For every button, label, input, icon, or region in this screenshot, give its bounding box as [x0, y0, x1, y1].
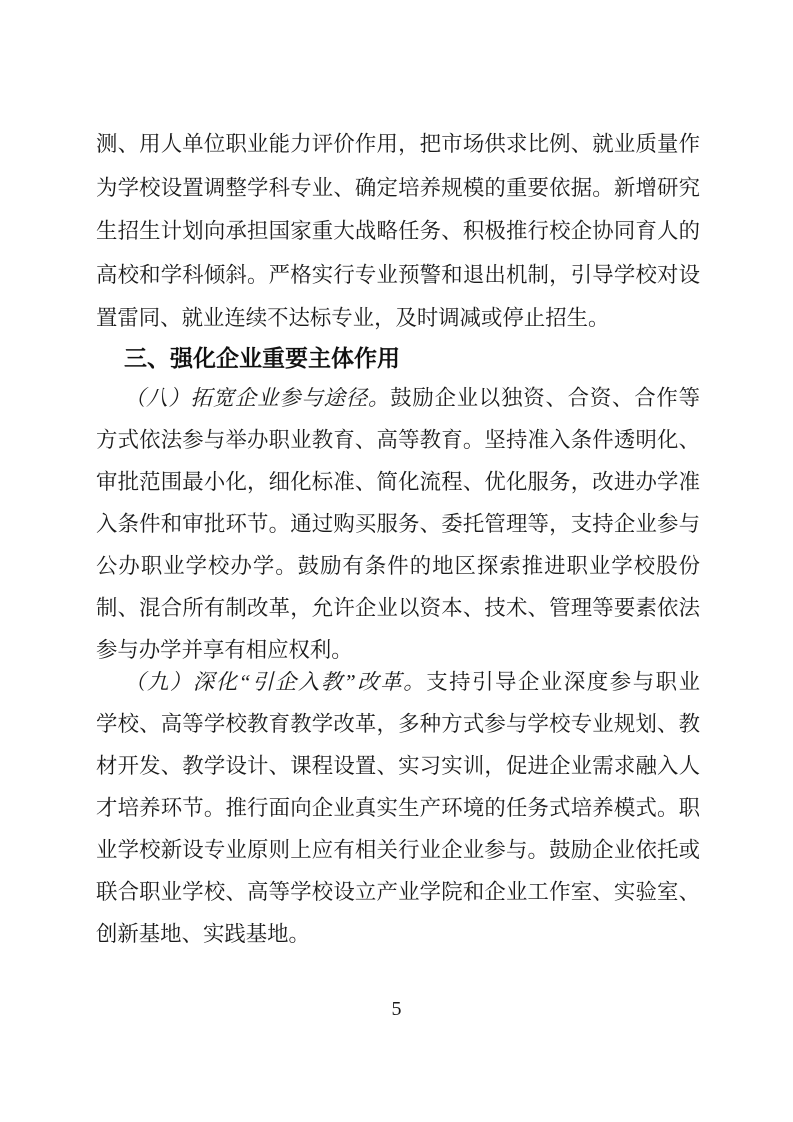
- text-line: 为学校设置调整学科专业、确定培养规模的重要依据。新增研究: [96, 167, 700, 210]
- item-text: 支持引导企业深度参与职业: [426, 670, 700, 694]
- text-line: 测、用人单位职业能力评价作用，把市场供求比例、就业质量作: [96, 123, 700, 166]
- text-line: 入条件和审批环节。通过购买服务、委托管理等，支持企业参与: [96, 503, 700, 546]
- text-line: 才培养环节。推行面向企业真实生产环境的任务式培养模式。职: [96, 787, 700, 830]
- item-text: 鼓励企业以独资、合资、合作等: [390, 386, 700, 410]
- text-line: 审批范围最小化，细化标准、简化流程、优化服务，改进办学准: [96, 461, 700, 504]
- text-line: 学校、高等学校教育教学改革，多种方式参与学校专业规划、教: [96, 703, 700, 746]
- text-line: 置雷同、就业连续不达标专业，及时调减或停止招生。: [96, 297, 700, 340]
- text-line: 材开发、教学设计、课程设置、实习实训，促进企业需求融入人: [96, 745, 700, 788]
- text-line: 生招生计划向承担国家重大战略任务、积极推行校企协同育人的: [96, 210, 700, 253]
- item-lead-kaiti: （八）拓宽企业参与途径。: [124, 386, 390, 410]
- text-line-first: （八）拓宽企业参与途径。鼓励企业以独资、合资、合作等: [96, 377, 700, 420]
- text-line: 创新基地、实践基地。: [96, 913, 700, 956]
- document-page: 测、用人单位职业能力评价作用，把市场供求比例、就业质量作 为学校设置调整学科专业…: [0, 0, 793, 1122]
- text-line: 制、混合所有制改革，允许企业以资本、技术、管理等要素依法: [96, 587, 700, 630]
- page-number: 5: [0, 988, 793, 1031]
- text-line: 联合职业学校、高等学校设立产业学院和企业工作室、实验室、: [96, 871, 700, 914]
- text-line: 业学校新设专业原则上应有相关行业企业参与。鼓励企业依托或: [96, 829, 700, 872]
- text-line: 公办职业学校办学。鼓励有条件的地区探索推进职业学校股份: [96, 545, 700, 588]
- section-heading: 三、强化企业重要主体作用: [96, 337, 700, 380]
- text-line-first: （九）深化“引企入教”改革。支持引导企业深度参与职业: [96, 661, 700, 704]
- text-line: 方式依法参与举办职业教育、高等教育。坚持准入条件透明化、: [96, 419, 700, 462]
- text-line: 高校和学科倾斜。严格实行专业预警和退出机制，引导学校对设: [96, 254, 700, 297]
- item-lead-kaiti: （九）深化“引企入教”改革。: [124, 670, 426, 694]
